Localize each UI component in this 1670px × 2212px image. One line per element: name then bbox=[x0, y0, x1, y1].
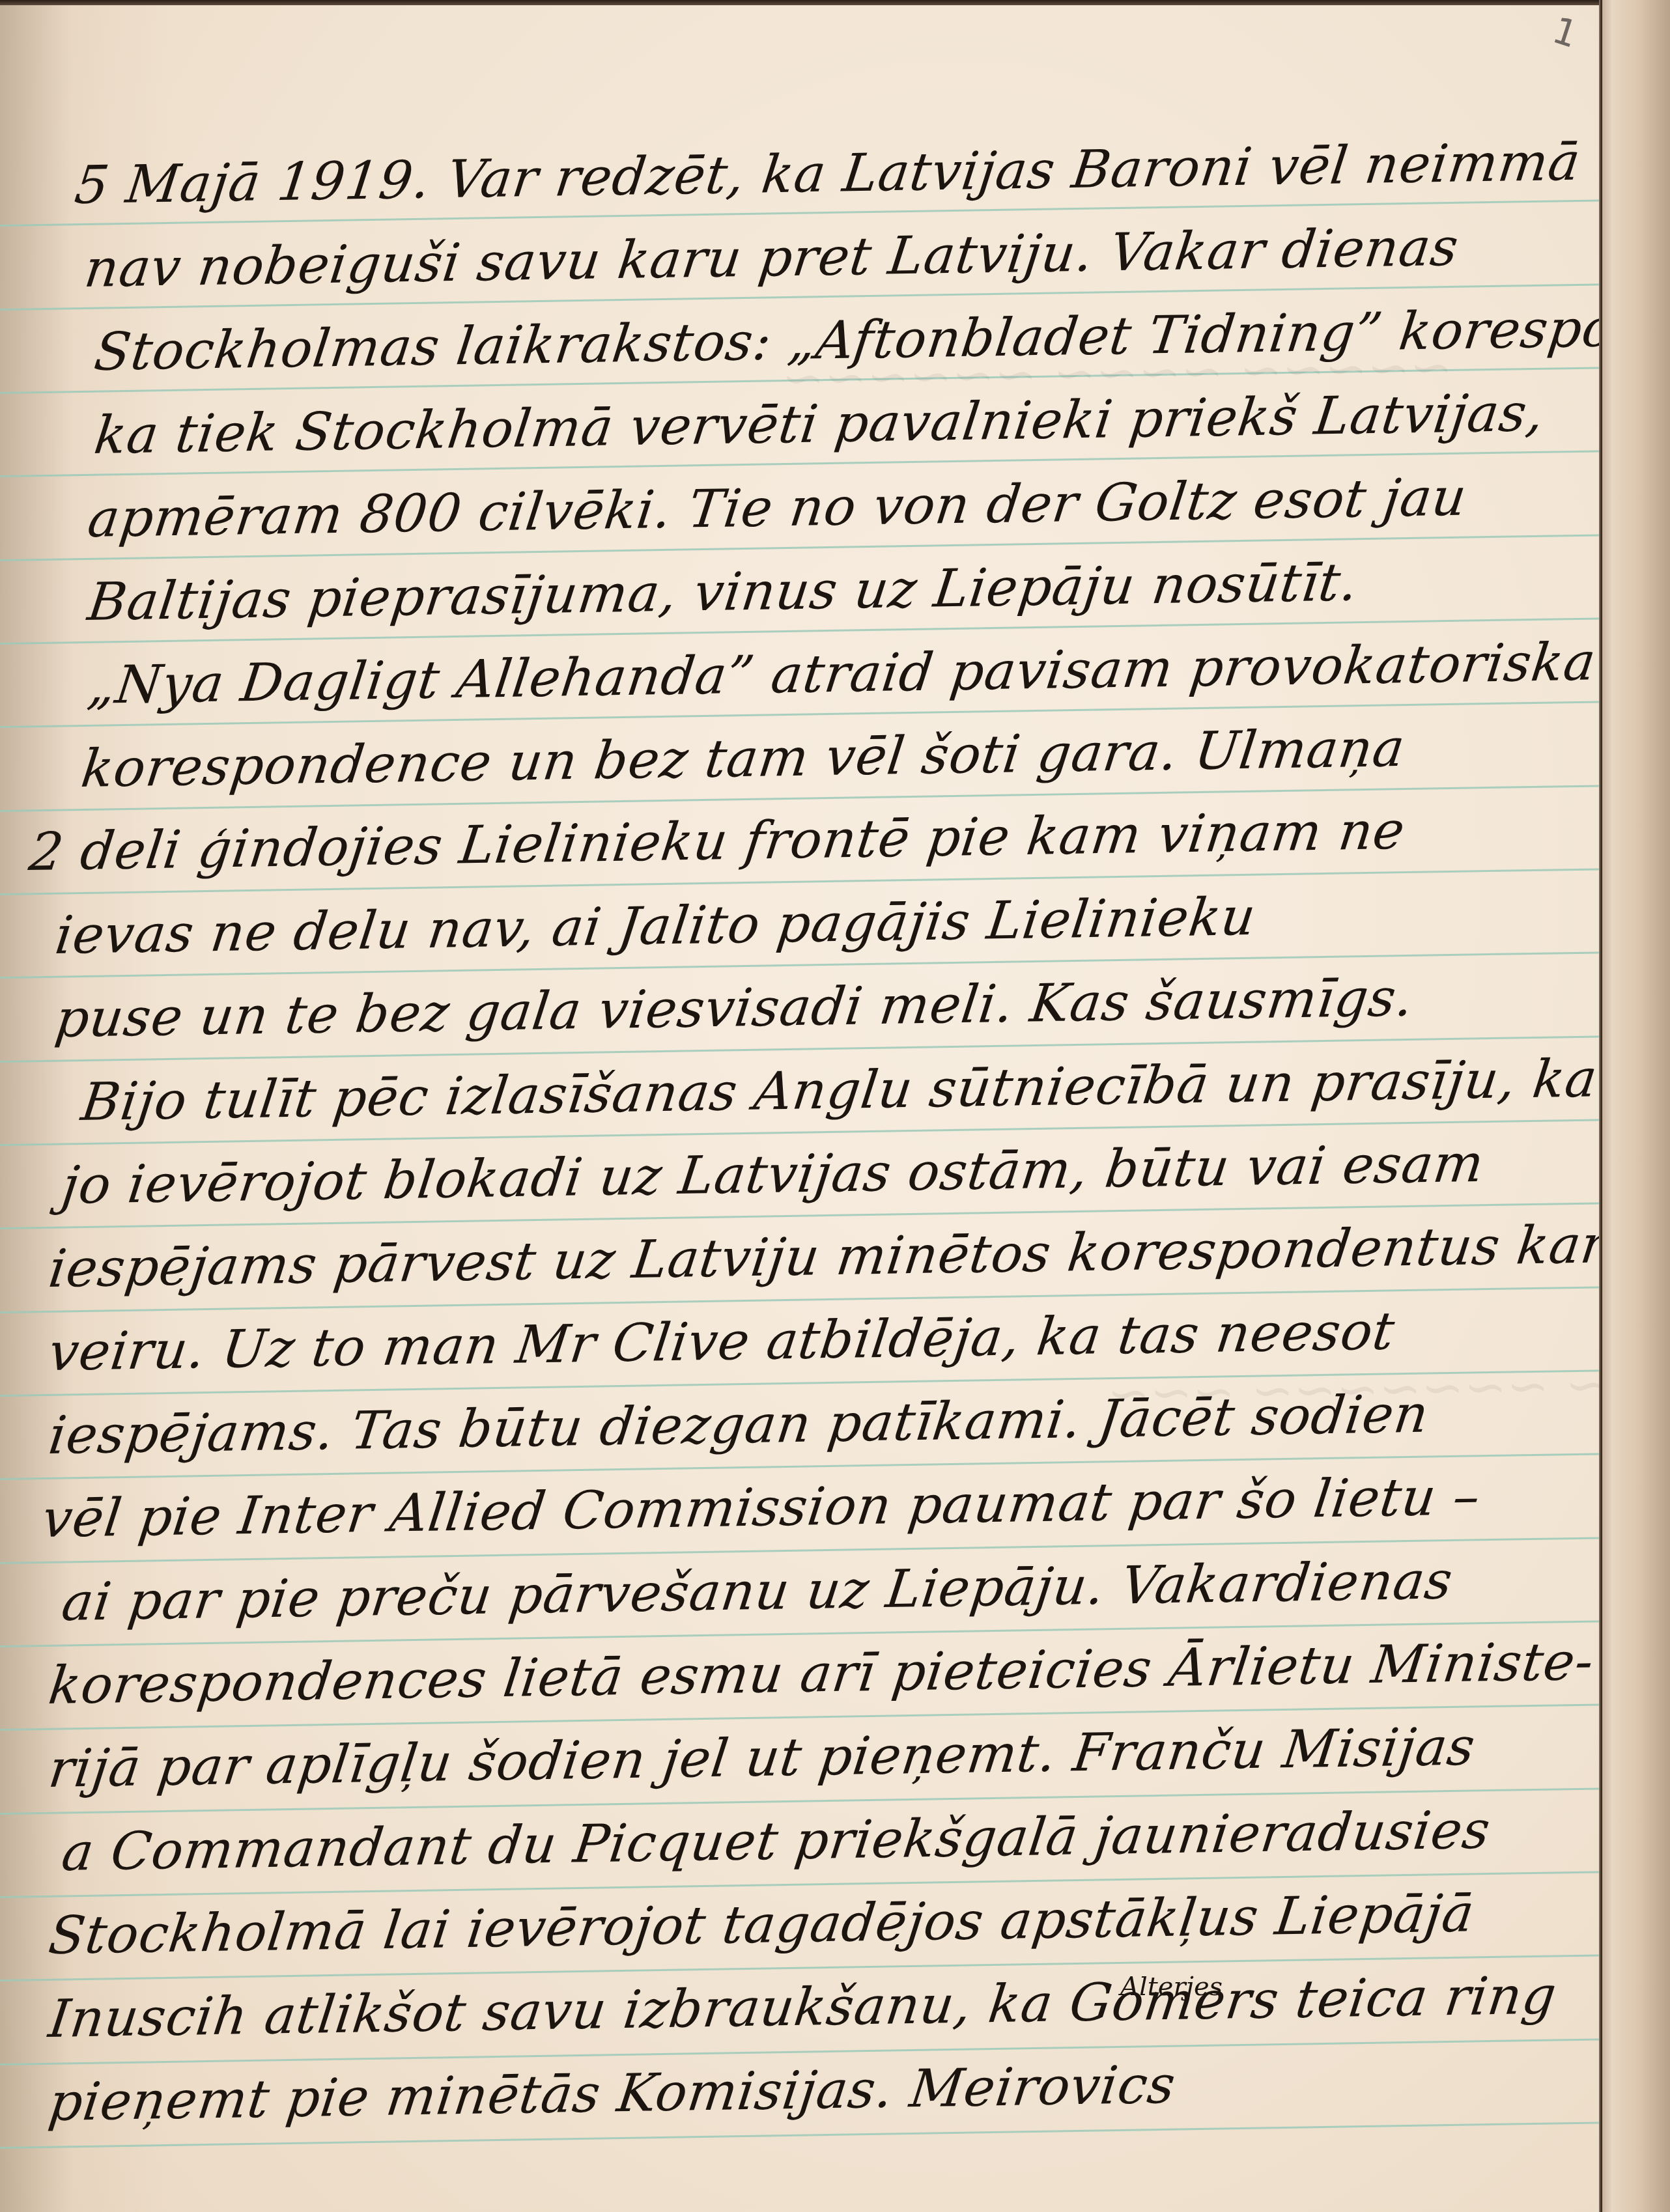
handwritten-line-19: korespondences lietā esmu arī pieteicies… bbox=[46, 1631, 1597, 1716]
interlinear-note: Alterjes bbox=[1120, 1972, 1223, 2002]
page-edge-line bbox=[1600, 0, 1602, 2212]
handwritten-line-8: korespondence un bez tam vēl šoti gara. … bbox=[78, 718, 1408, 799]
handwritten-line-16: iespējams. Tas būtu diezgan patīkami. Jā… bbox=[46, 1384, 1432, 1466]
handwritten-line-11: puse un te bez gala viesvisadi meli. Kas… bbox=[52, 967, 1417, 1049]
handwritten-line-7: „Nya Dagligt Allehanda” atraid pavisam p… bbox=[85, 631, 1600, 716]
handwritten-line-17: vēl pie Inter Allied Commission paumat p… bbox=[39, 1466, 1484, 1549]
handwritten-line-22: Stockholmā lai ievērojot tagadējos apstā… bbox=[46, 1883, 1478, 1966]
handwritten-line-2: nav nobeiguši savu karu pret Latviju. Va… bbox=[81, 217, 1462, 299]
handwritten-line-6: Baltijas pieprasījuma, vinus uz Liepāju … bbox=[85, 552, 1362, 632]
handwritten-line-13: jo ievērojot blokadi uz Latvijas ostām, … bbox=[59, 1133, 1488, 1216]
handwritten-line-10: ievas ne delu nav, ai Jalito pagājis Lie… bbox=[52, 886, 1260, 966]
handwritten-line-4: ka tiek Stockholmā vervēti pavalnieki pr… bbox=[91, 382, 1548, 466]
handwritten-line-5: apmēram 800 cilvēki. Tie no von der Golt… bbox=[85, 467, 1470, 549]
page-number: 1 bbox=[1548, 9, 1583, 57]
handwritten-line-20: rijā par aplīgļu šodien jel ut pieņemt. … bbox=[46, 1716, 1479, 1799]
page-right-edge bbox=[1599, 0, 1670, 2212]
handwritten-line-9: 2 deli ģindojies Lielinieku frontē pie k… bbox=[26, 800, 1409, 882]
handwritten-line-14: iespējams pārvest uz Latviju minētos kor… bbox=[46, 1213, 1642, 1299]
handwritten-line-24: pieņemt pie minētās Komisijas. Meirovics bbox=[46, 2054, 1179, 2133]
handwritten-line-12: Bijo tulīt pēc izlasīšanas Anglu sūtniec… bbox=[78, 1048, 1601, 1132]
diary-page: ~~~~~ ~~~~ ~~~~~~ ~~~ ~~~~~~~ ~~~ 1 5 Ma… bbox=[0, 5, 1599, 2212]
handwritten-line-18: ai par pie preču pārvešanu uz Liepāju. V… bbox=[59, 1550, 1456, 1632]
handwritten-line-21: a Commandant du Picquet priekšgalā jauni… bbox=[59, 1799, 1494, 1883]
handwritten-line-23: Inuscih atlikšot savu izbraukšanu, ka Go… bbox=[46, 1965, 1560, 2049]
